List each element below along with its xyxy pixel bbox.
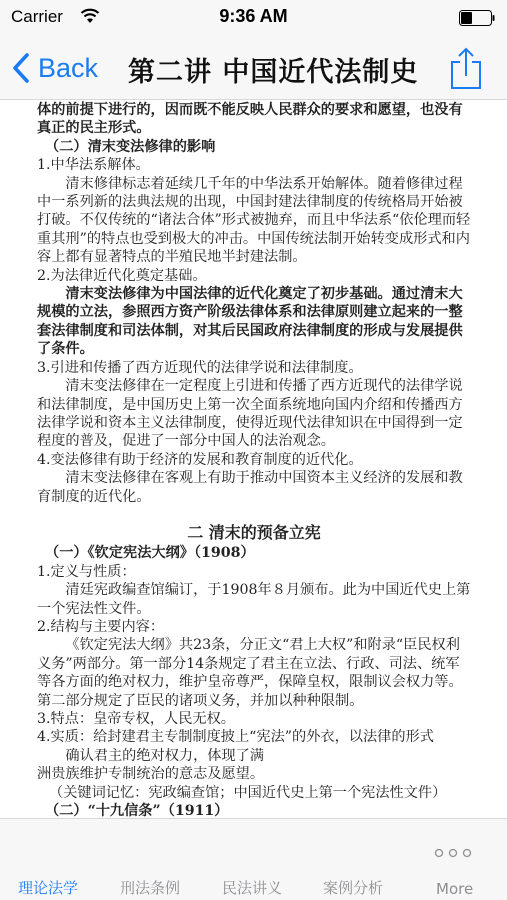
- share-icon[interactable]: [449, 46, 483, 90]
- tab-civil-law[interactable]: 民法讲义: [222, 877, 282, 898]
- list-item: 3.特点：皇帝专权，人民无权。: [37, 710, 471, 728]
- paragraph: 《钦定宪法大纲》共23条，分正文“君上大权”和附录“臣民权利义务”两部分。第一部…: [37, 636, 471, 710]
- list-item: 4.实质：给封建君主专制制度披上“宪法”的外衣，以法律的形式: [37, 728, 471, 746]
- list-item-title: 2.为法律近代化奠定基础。: [37, 267, 471, 285]
- list-item-title: 1.定义与性质：: [37, 563, 471, 581]
- status-bar: Carrier 9:36 AM: [0, 0, 507, 36]
- paragraph: 清末变法修律在一定程度上引进和传播了西方近现代的法律学说和法律制度，是中国历史上…: [37, 377, 471, 451]
- navigation-bar: Back 第二讲 中国近代法制史: [0, 36, 507, 100]
- tab-criminal-law[interactable]: 刑法条例: [120, 877, 180, 898]
- subsection-heading: （一）《钦定宪法大纲》（1908）: [37, 544, 471, 562]
- keyword-note: （关键词记忆：宪政编查馆；中国近代史上第一个宪法性文件）: [37, 784, 471, 802]
- tab-more[interactable]: More: [436, 880, 473, 898]
- list-item-continuation: 洲贵族维护专制统治的意志及愿望。: [37, 765, 471, 783]
- tab-bar: 理论法学 刑法条例 民法讲义 案例分析 More: [0, 818, 507, 900]
- more-dots-icon[interactable]: [433, 847, 473, 859]
- document-body[interactable]: 体的前提下进行的，因而既不能反映人民群众的要求和愿望，也没有真正的民主形式。 （…: [0, 101, 507, 818]
- list-item-title: 3.引进和传播了西方近现代的法律学说和法律制度。: [37, 359, 471, 377]
- clock: 9:36 AM: [0, 6, 507, 27]
- list-item-title: 4.变法修律有助于经济的发展和教育制度的近代化。: [37, 451, 471, 469]
- tab-theory-law[interactable]: 理论法学: [18, 877, 78, 898]
- subsection-heading: （二）清末变法修律的影响: [37, 138, 471, 156]
- paragraph: 体的前提下进行的，因而既不能反映人民群众的要求和愿望，也没有真正的民主形式。: [37, 101, 471, 138]
- back-button[interactable]: Back: [12, 50, 98, 86]
- list-item-title: 1.中华法系解体。: [37, 156, 471, 174]
- page-title: 第二讲 中国近代法制史: [128, 50, 418, 89]
- paragraph: 清末变法修律在客观上有助于推动中国资本主义经济的发展和教育制度的近代化。: [37, 469, 471, 506]
- subsection-heading: （二）“十九信条”（1911）: [37, 802, 471, 818]
- paragraph: 清末变法修律为中国法律的近代化奠定了初步基础。通过清末大规模的立法，参照西方资产…: [37, 285, 471, 359]
- paragraph: 清廷宪政编查馆编订，于1908年８月颁布。此为中国近代史上第一个宪法性文件。: [37, 581, 471, 618]
- back-label: Back: [38, 53, 98, 84]
- section-heading: 二 清末的预备立宪: [37, 524, 471, 542]
- list-item-continuation: 确认君主的绝对权力，体现了满: [37, 747, 471, 765]
- list-item-title: 2.结构与主要内容：: [37, 618, 471, 636]
- paragraph: 清末修律标志着延续几千年的中华法系开始解体。随着修律过程中一系列新的法典法规的出…: [37, 175, 471, 267]
- chevron-left-icon: [12, 53, 30, 83]
- battery-icon: [459, 10, 495, 26]
- tab-case-analysis[interactable]: 案例分析: [323, 877, 383, 898]
